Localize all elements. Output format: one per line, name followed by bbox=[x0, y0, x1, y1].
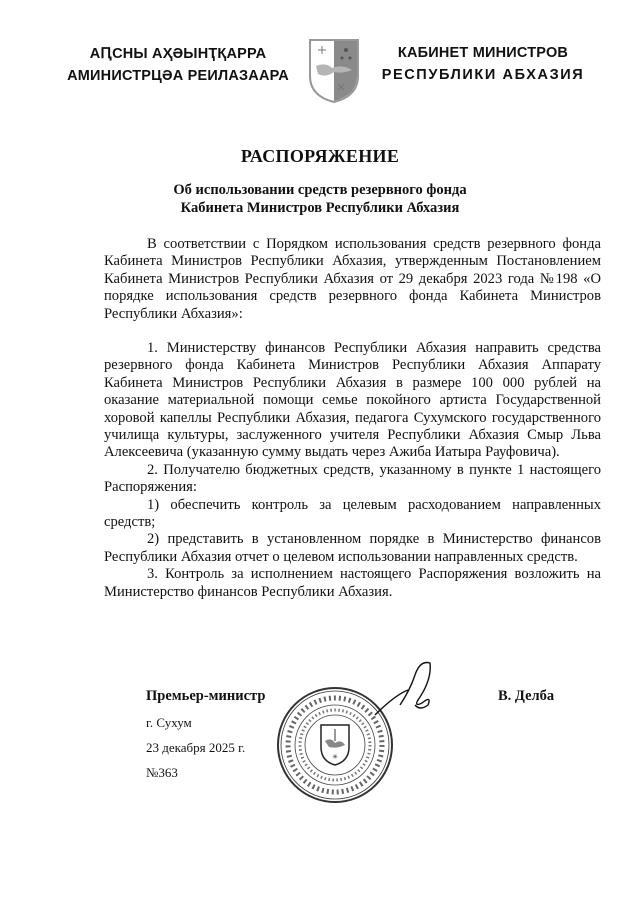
header-russian-name: КАБИНЕТ МИНИСТРОВ РЕСПУБЛИКИ АБХАЗИЯ bbox=[378, 42, 588, 86]
header-right-line1: КАБИНЕТ МИНИСТРОВ bbox=[378, 42, 588, 64]
handwritten-signature-icon bbox=[370, 655, 450, 725]
header-left-line2: АМИНИСТРЦӘА РЕИЛАЗААРА bbox=[60, 65, 296, 87]
subtitle-line2: Кабинета Министров Республики Абхазия bbox=[0, 199, 640, 217]
order-items: 1. Министерству финансов Республики Абха… bbox=[104, 340, 601, 601]
header-abkhaz-name: АԤСНЫ АҲӘЫНҬҚАРРА АМИНИСТРЦӘА РЕИЛАЗААРА bbox=[60, 43, 296, 87]
order-item-1: 1. Министерству финансов Республики Абха… bbox=[104, 340, 601, 462]
document-subtitle: Об использовании средств резервного фонд… bbox=[0, 181, 640, 217]
order-item-2-1: 1) обеспечить контроль за целевым расход… bbox=[104, 497, 601, 532]
issue-city: г. Сухум bbox=[146, 715, 192, 731]
order-item-2: 2. Получателю бюджетных средств, указанн… bbox=[104, 462, 601, 497]
subtitle-line1: Об использовании средств резервного фонд… bbox=[0, 181, 640, 199]
issue-date: 23 декабря 2025 г. bbox=[146, 740, 245, 756]
document-number: №363 bbox=[146, 765, 178, 781]
signatory-position: Премьер-министр bbox=[146, 688, 265, 705]
preamble-text: В соответствии с Порядком использования … bbox=[104, 236, 601, 323]
order-item-3: 3. Контроль за исполнением настоящего Ра… bbox=[104, 566, 601, 601]
svg-text:✳: ✳ bbox=[332, 753, 338, 761]
signatory-name: В. Делба bbox=[498, 688, 554, 705]
header-left-line1: АԤСНЫ АҲӘЫНҬҚАРРА bbox=[60, 43, 296, 65]
header-right-line2: РЕСПУБЛИКИ АБХАЗИЯ bbox=[378, 64, 588, 86]
order-item-2-2: 2) представить в установленном порядке в… bbox=[104, 531, 601, 566]
coat-of-arms-icon bbox=[308, 38, 360, 104]
document-title: РАСПОРЯЖЕНИЕ bbox=[0, 146, 640, 167]
preamble: В соответствии с Порядком использования … bbox=[104, 236, 601, 323]
